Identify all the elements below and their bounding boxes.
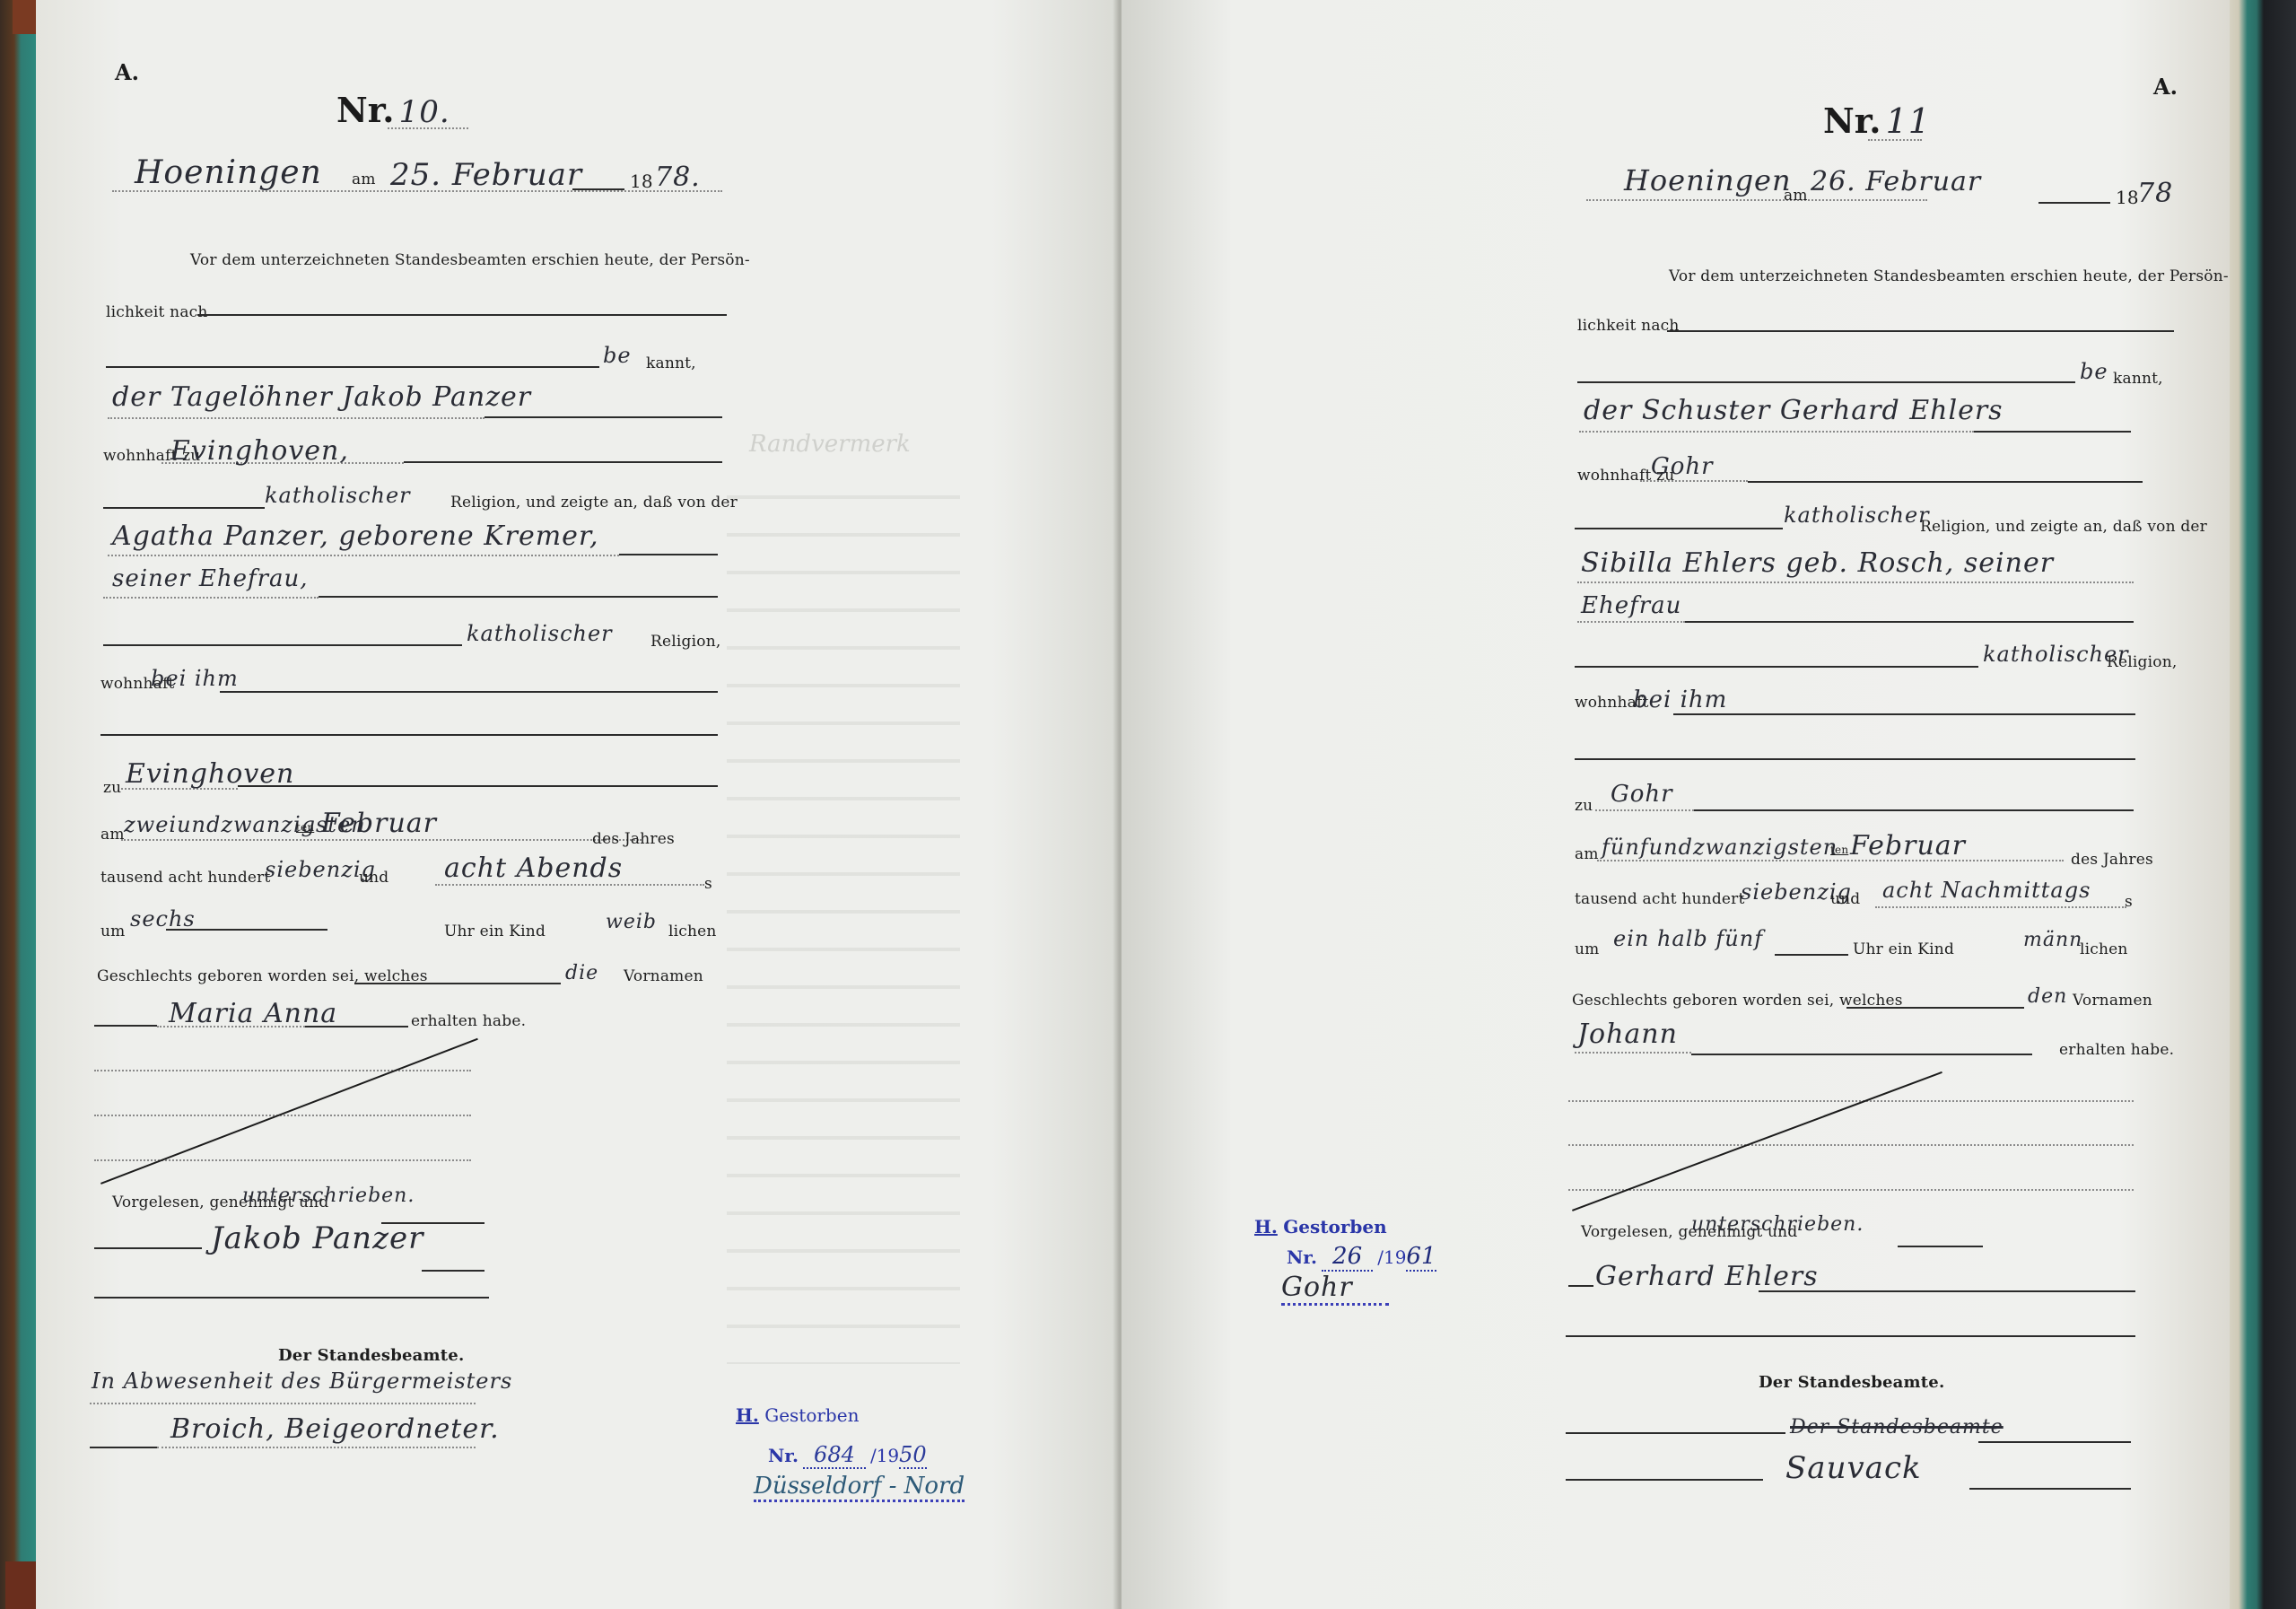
stamp-year-suffix: 61: [1406, 1243, 1436, 1272]
relation: seiner Ehefrau,: [112, 565, 309, 592]
article-hand: die: [565, 962, 598, 984]
des-jahres-label: des Jahres: [2071, 851, 2153, 869]
known-label: kannt,: [2113, 370, 2163, 388]
mother-residence: bei ihm: [151, 666, 239, 691]
child-name: Johann: [1577, 1019, 1678, 1050]
right-page: A. Nr. 11 Hoeningen am 26. Februar 18 78…: [1122, 0, 2230, 1609]
official-signature: Sauvack: [1785, 1450, 1922, 1486]
declarant-signature: Jakob Panzer: [211, 1220, 423, 1256]
bleed-through-title: Randvermerk: [749, 431, 911, 458]
erhalten-label: erhalten habe.: [411, 1012, 526, 1030]
stamp-nr-value: 26: [1322, 1243, 1373, 1272]
official-signature: Broich, Beigeordneter.: [170, 1413, 500, 1445]
registration-date: 25. Februar: [390, 157, 582, 193]
stamp-nr-value: 684: [803, 1442, 866, 1469]
stamp-year-prefix: /19: [1377, 1246, 1406, 1268]
official-title: Der Standesbeamte.: [1759, 1373, 1944, 1392]
lichen-suffix: lichen: [2080, 940, 2128, 958]
um-label: um: [100, 923, 125, 940]
cancel-stroke: [100, 1038, 478, 1185]
birth-place: Gohr: [1611, 781, 1673, 808]
declarant-name: der Schuster Gerhard Ehlers: [1584, 395, 2004, 426]
child-name: Maria Anna: [169, 998, 337, 1029]
um-label: um: [1575, 940, 1599, 958]
stamp-year-prefix: /19: [870, 1445, 899, 1466]
ten-suffix: ten: [296, 821, 314, 834]
year-prefix: 18: [2116, 187, 2139, 208]
ten-suffix: ten: [1830, 844, 1848, 856]
declarant-signature: Gerhard Ehlers: [1595, 1261, 1819, 1292]
des-jahres-label: des Jahres: [592, 830, 675, 848]
registration-place: Hoeningen: [135, 154, 322, 191]
mother-name: Sibilla Ehlers geb. Rosch, seiner: [1581, 547, 2054, 579]
year-prefix: 18: [630, 171, 653, 192]
stamp-prefix: H.: [736, 1404, 759, 1426]
declarant-name: der Tagelöhner Jakob Panzer: [112, 381, 531, 413]
register-letter: A.: [2153, 74, 2178, 100]
relation: Ehefrau: [1581, 592, 1681, 619]
intro-text: Vor dem unterzeichneten Standesbeamten e…: [1669, 267, 2229, 285]
sex-words: weib: [606, 911, 657, 933]
religion-clause: Religion, und zeigte an, daß von der: [450, 494, 738, 512]
birth-day-words: fünfundzwanzigsten: [1602, 835, 1838, 860]
tausend-label: tausend acht hundert: [1575, 890, 1745, 908]
s-suffix: s: [704, 875, 712, 893]
left-page: A. Nr. 10. Hoeningen am 25. Februar 18 7…: [36, 0, 1122, 1609]
bleed-through-lines: [727, 467, 960, 1364]
am-label-2: am: [1575, 845, 1599, 863]
declarant-residence: Evinghoven,: [170, 435, 349, 467]
stamp-nr-label: Nr.: [1287, 1246, 1317, 1268]
official-line-1: In Abwesenheit des Bürgermeisters: [92, 1369, 512, 1394]
official-title: Der Standesbeamte.: [278, 1346, 464, 1365]
article-hand: den: [2028, 985, 2067, 1008]
nr-label: Nr.: [336, 90, 395, 130]
religion-label: Religion,: [650, 633, 720, 651]
vorgelesen-hand: unterschrieben.: [242, 1185, 415, 1207]
zu-label: zu: [103, 779, 121, 797]
record-number: Nr. 11: [1823, 101, 1931, 141]
am-label: am: [352, 171, 376, 188]
nr-value: 11: [1886, 101, 1931, 141]
am-label: am: [1784, 187, 1808, 205]
stamp-nr-label: Nr.: [768, 1445, 799, 1466]
religion-label: Religion,: [2107, 653, 2177, 671]
struck-official: Der Standesbeamte: [1790, 1416, 2004, 1438]
stamp-office: Düsseldorf - Nord: [754, 1473, 965, 1502]
record-number: Nr. 10.: [336, 90, 450, 130]
stamp-prefix: H.: [1254, 1216, 1278, 1237]
uhr-clause: Uhr ein Kind: [444, 923, 546, 940]
year-suffix: 78: [2137, 178, 2173, 209]
stamp-office: Gohr: [1281, 1272, 1389, 1306]
mother-religion: katholischer: [467, 621, 613, 646]
erhalten-label: erhalten habe.: [2059, 1041, 2174, 1059]
und-label: und: [359, 869, 388, 887]
uhr-clause: Uhr ein Kind: [1853, 940, 1954, 958]
hour-words: sechs: [130, 906, 196, 931]
declarant-religion: katholischer: [1784, 503, 1930, 528]
book-binding-right: [2224, 0, 2296, 1609]
vorgelesen-hand: unterschrieben.: [1691, 1213, 1864, 1236]
known-label: kannt,: [646, 354, 696, 372]
lichen-suffix: lichen: [668, 923, 717, 940]
vornamen-label: Vornamen: [2073, 992, 2152, 1010]
tausend-label: tausend acht hundert: [100, 869, 271, 887]
intro-text-2: lichkeit nach: [1577, 317, 1680, 335]
religion-clause: Religion, und zeigte an, daß von der: [1920, 518, 2207, 536]
zu-label: zu: [1575, 797, 1593, 815]
mother-residence: bei ihm: [1633, 686, 1727, 713]
intro-text-2: lichkeit nach: [106, 303, 208, 321]
und-label: und: [1830, 890, 1860, 908]
hour-words: ein halb fünf: [1613, 926, 1763, 951]
stamp-year-suffix: 50: [899, 1442, 927, 1469]
sex-words: männ: [2023, 929, 2082, 951]
stamp-label: Gestorben: [1283, 1216, 1386, 1237]
s-suffix: s: [2125, 893, 2133, 911]
year-unit-words: acht Abends: [444, 853, 623, 884]
intro-text: Vor dem unterzeichneten Standesbeamten e…: [190, 251, 750, 269]
nr-label: Nr.: [1823, 101, 1881, 141]
mother-name: Agatha Panzer, geborene Kremer,: [112, 520, 599, 552]
vornamen-label: Vornamen: [624, 967, 703, 985]
known-handwritten: be: [603, 343, 632, 368]
stamp-label: Gestorben: [764, 1404, 859, 1426]
declarant-religion: katholischer: [265, 483, 411, 508]
death-stamp-left: H. Gestorben Nr. 684 /1950 Düsseldorf - …: [736, 1404, 965, 1502]
birth-place: Evinghoven: [126, 758, 294, 790]
registration-date: 26. Februar: [1811, 166, 1981, 197]
birth-month: Februar: [321, 808, 437, 839]
year-unit-words: acht Nachmittags: [1882, 878, 2091, 903]
register-letter: A.: [115, 59, 139, 85]
am-label-2: am: [100, 826, 125, 844]
death-stamp-right: H. Gestorben Nr. 26 /1961 Gohr: [1254, 1216, 1436, 1306]
birth-month: Februar: [1850, 830, 1966, 861]
nr-value: 10.: [399, 94, 450, 130]
registration-place: Hoeningen: [1624, 163, 1792, 197]
declarant-residence: Gohr: [1651, 453, 1714, 480]
year-suffix: 78.: [655, 162, 701, 193]
known-handwritten: be: [2080, 359, 2108, 384]
